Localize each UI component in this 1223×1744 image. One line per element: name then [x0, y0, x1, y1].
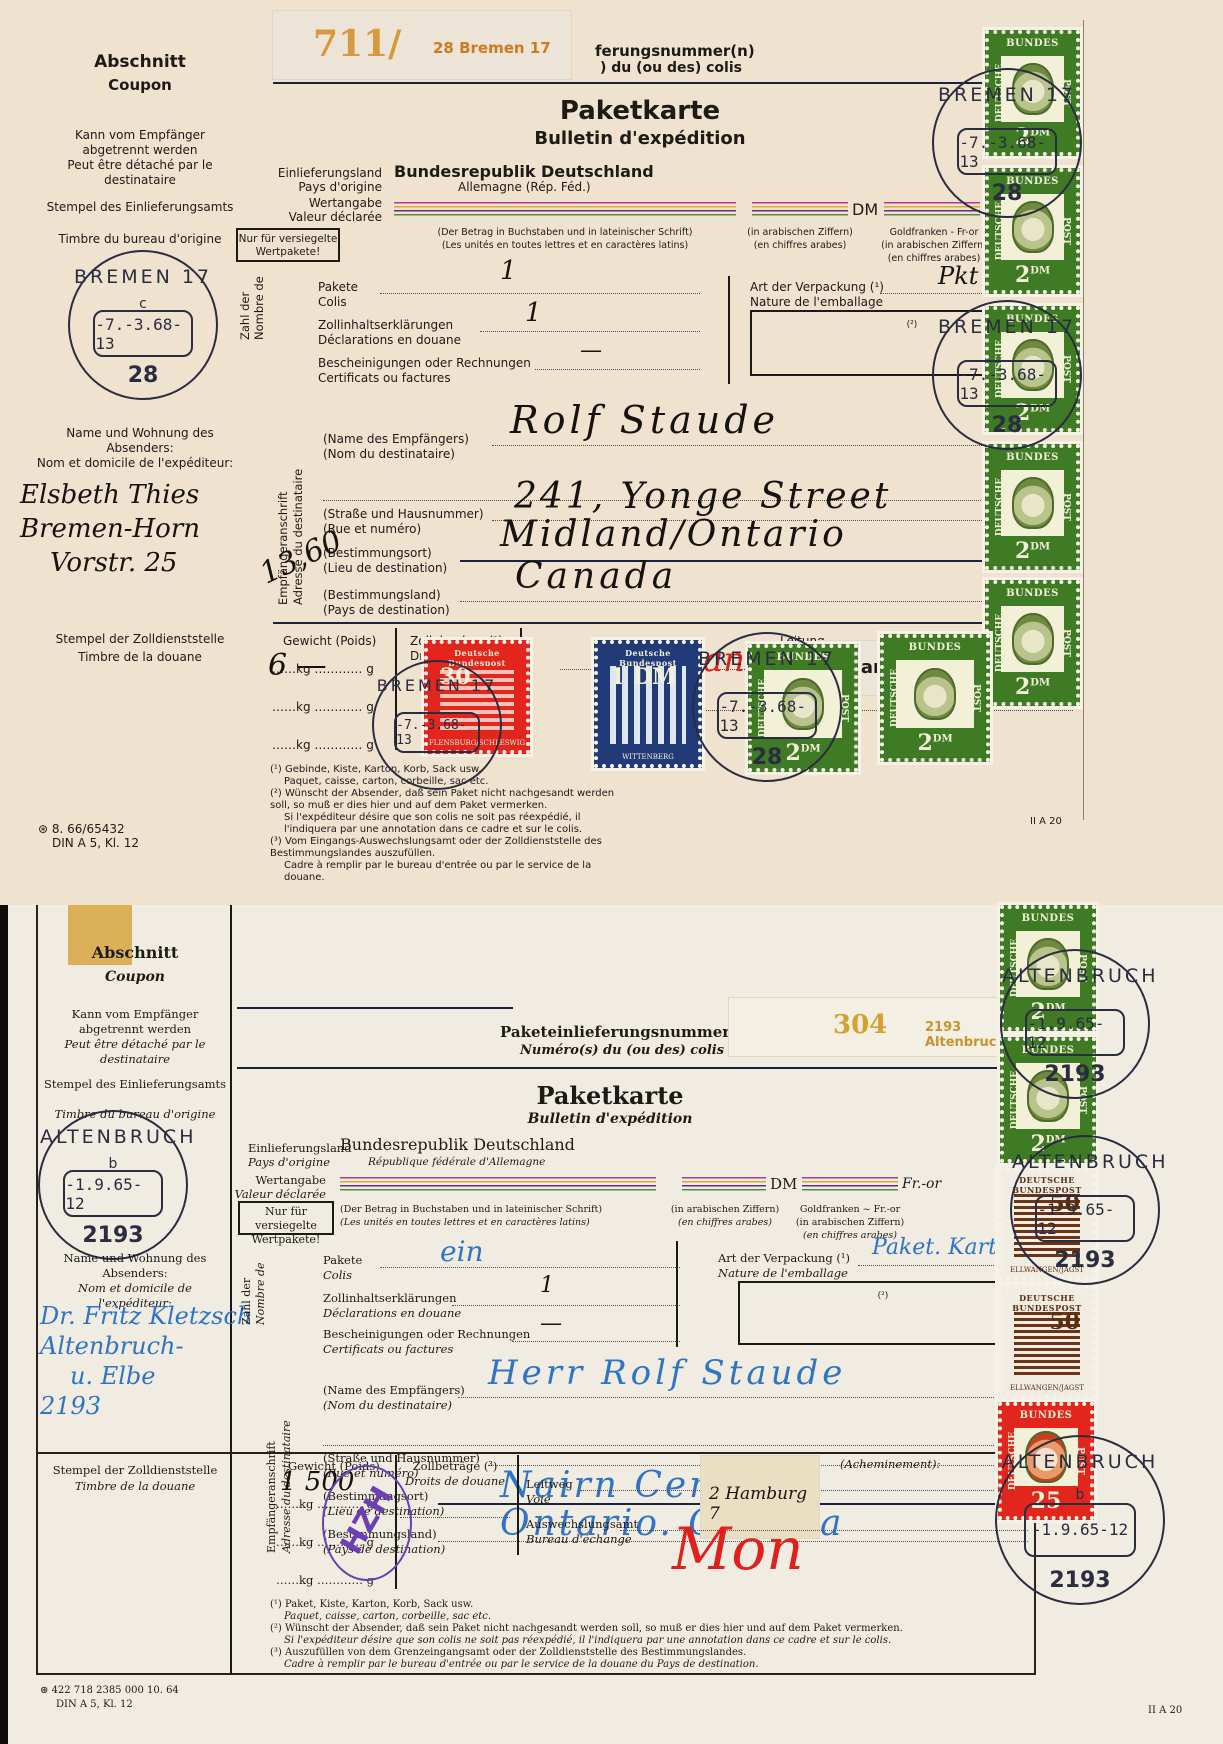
currency-dm: DM — [852, 202, 878, 217]
origin-stamp-label-fr: Timbre du bureau d'origine — [20, 232, 260, 247]
postmark-altenbruch: ALTENBRUCH b -1.9.65-12 2193 — [38, 1110, 188, 1260]
postmark-bremen-lower-2: BREMEN 17 -7.-3.68-13 28 — [692, 632, 842, 782]
counts-side-label: Zahl der Nombre de — [238, 276, 266, 340]
print-code: ⊛ 8. 66/65432 — [38, 822, 125, 837]
packaging-value: Pkt — [938, 262, 978, 290]
sender-label-de: Name und Wohnung des Absenders: — [40, 1251, 230, 1281]
packaging-label: Art der Verpackung (¹)Nature de l'emball… — [750, 280, 884, 310]
parcel-number-label: 711/ 28 Bremen 17 — [272, 10, 572, 80]
certs-field[interactable] — [535, 369, 700, 370]
value-gold-field[interactable] — [802, 1177, 898, 1191]
coupon-subtitle: Coupon — [40, 76, 240, 94]
divider — [237, 1067, 1037, 1069]
print-code: ⊛ 422 718 2385 000 10. 64 — [40, 1683, 179, 1698]
postmark-bremen-stamps: BREMEN 17 -7.-3.68-13 28 — [932, 68, 1082, 218]
header-number-de: Paketeinlieferungsnummer — [500, 1023, 730, 1041]
packages-field[interactable] — [380, 1267, 680, 1268]
origin-label-fr: Pays d'origine — [230, 180, 382, 195]
recipient-street-value: 241, Yonge Street — [514, 476, 891, 517]
postmark-altenbruch-stamps-2: ALTENBRUCH -1.9.65-12 2193 — [1010, 1135, 1160, 1285]
postage-stamp: BUNDESDEUTSCHEPOST2DM — [985, 444, 1080, 570]
recipient-country-value: Canada — [515, 556, 677, 597]
packaging-label: Art der Verpackung (¹)Nature de l'emball… — [718, 1251, 850, 1281]
parcel-card-1965: Abschnitt Coupon Kann vom Empfänger abge… — [0, 905, 1223, 1744]
certs-value: — — [580, 338, 602, 363]
postmark-altenbruch-stamps: ALTENBRUCH -1.9.65-12 2193 — [1000, 949, 1150, 1099]
form-subtitle: Bulletin d'expédition — [460, 128, 820, 149]
origin-label-de: Einlieferungsland — [230, 166, 382, 181]
postmark-bremen: BREMEN 17 c -7.-3.68-13 28 — [68, 250, 218, 400]
no-forward-box: (²) — [738, 1281, 1028, 1345]
perforation — [1083, 20, 1084, 820]
postage-stamp: BUNDESDEUTSCHEPOST2DM — [985, 580, 1080, 706]
value-digits-hint: (in arabischen Ziffern) (en chiffres ara… — [740, 226, 860, 252]
recipient-country-label: (Bestimmungsland)(Pays de destination) — [323, 588, 450, 618]
value-words-hint: (Der Betrag in Buchstaben und in lateini… — [340, 1203, 670, 1229]
parcel-number-label: 304 2193 Altenbruch — [728, 997, 1038, 1057]
coupon-subtitle: Coupon — [40, 969, 230, 985]
postage-stamp: DEUTSCHE BUNDESPOSTELLWANGEN/JAGST50 — [998, 1285, 1096, 1399]
parcel-number: 711/ — [313, 23, 401, 65]
divider — [728, 276, 730, 384]
recipient-name-label: (Name des Empfängers)(Nom du destinatair… — [323, 432, 469, 462]
currency-fr-or: Fr.-or — [902, 1177, 941, 1192]
origin-stamp-label-de: Stempel des Einlieferungsamts — [40, 200, 240, 215]
exchange-label: AuswechslungsamtBureau d'échange — [526, 1517, 638, 1547]
customs-decl-value: 1 — [540, 1273, 554, 1298]
header-number-fr: ) du (ou des) colis — [600, 60, 742, 76]
weight-row-3[interactable]: ……kg ………… g — [272, 738, 390, 753]
sealed-note-box: Nur für versiegelte Wertpakete! — [238, 1201, 334, 1235]
form-title: Paketkarte — [460, 96, 820, 126]
coupon-title: Abschnitt — [40, 52, 240, 72]
packages-label: PaketeColis — [323, 1253, 362, 1283]
packages-value: ein — [440, 1235, 484, 1268]
certs-field[interactable] — [512, 1341, 680, 1342]
customs-decl-value: 1 — [525, 298, 542, 328]
origin-value: Bundesrepublik Deutschland — [394, 162, 654, 181]
customs-decl-field[interactable] — [452, 1305, 680, 1306]
customs-stamp-label-fr: Timbre de la douane — [40, 1479, 230, 1494]
customs-stamp-label-de: Stempel der Zolldienststelle — [20, 632, 260, 647]
postmark-bremen-stamps-2: BREMEN 17 -7.-3.68-13 28 — [932, 300, 1082, 450]
recipient-name-value: Rolf Staude — [510, 398, 779, 442]
header-number-fr: Numéro(s) du (ou des) colis — [520, 1043, 724, 1058]
customs-decl-label: ZollinhaltserklärungenDéclarations en do… — [323, 1291, 461, 1321]
customs-decl-label: ZollinhaltserklärungenDéclarations en do… — [318, 318, 461, 348]
divider — [273, 622, 1083, 624]
value-digits-field[interactable] — [682, 1177, 766, 1191]
divider — [36, 1452, 1036, 1454]
certs-value: — — [540, 1311, 562, 1336]
sealed-note-box: Nur für versiegelte Wertpakete! — [236, 228, 340, 262]
recipient-extra-line[interactable] — [323, 1445, 1028, 1446]
origin-value-fr: République fédérale d'Allemagne — [368, 1155, 545, 1170]
customs-stamp: HZH — [322, 1465, 412, 1581]
form-title: Paketkarte — [430, 1081, 790, 1110]
value-words-field[interactable] — [340, 1177, 656, 1191]
divider — [517, 1455, 519, 1555]
detach-note-de: Kann vom Empfänger abgetrennt werden — [40, 128, 240, 158]
value-words-field[interactable] — [394, 202, 736, 216]
value-label-fr: Valeur déclarée — [230, 210, 382, 225]
footnotes: (¹) Paket, Kiste, Karton, Korb, Sack usw… — [270, 1599, 1030, 1671]
value-digits-field[interactable] — [752, 202, 848, 216]
postage-stamp: BUNDESDEUTSCHEPOST2DM — [880, 634, 990, 762]
value-gold-hint: Goldfranken - Fr-or (in arabischen Ziffe… — [872, 226, 996, 265]
value-label-fr: Valeur déclarée — [232, 1187, 326, 1202]
recipient-country-field[interactable] — [460, 601, 1072, 602]
postage-stamp: Deutsche BundespostWITTENBERG1 DM — [594, 640, 702, 768]
recipient-place-value: Midland/Ontario — [500, 514, 847, 555]
origin-label-de: Einlieferungsland — [248, 1141, 352, 1156]
detach-note-fr: Peut être détaché par le destinataire — [40, 158, 240, 188]
sender-label-fr: Nom et domicile de l'expéditeur: — [10, 456, 260, 471]
origin-value: Bundesrepublik Deutschland — [340, 1137, 575, 1152]
din-format: DIN A 5, Kl. 12 — [52, 836, 139, 851]
portrait-icon — [1012, 477, 1054, 529]
recipient-name-value: Herr Rolf Staude — [488, 1353, 846, 1393]
currency-dm: DM — [770, 1177, 797, 1192]
origin-value-fr: Allemagne (Rép. Féd.) — [458, 180, 591, 195]
recipient-name-label: (Name des Empfängers)(Nom du destinatair… — [323, 1383, 465, 1413]
duties-field[interactable] — [400, 1517, 510, 1518]
sender-label-de: Name und Wohnung des Absenders: — [40, 426, 240, 456]
packages-label: PaketeColis — [318, 280, 358, 310]
origin-label-fr: Pays d'origine — [248, 1155, 330, 1170]
coupon-divider — [230, 905, 232, 1675]
form-code: II A 20 — [1148, 1703, 1182, 1718]
portrait-icon — [914, 668, 956, 720]
form-code: II A 20 — [1030, 814, 1062, 829]
customs-stamp-label-de: Stempel der Zolldienststelle — [40, 1463, 230, 1478]
postmark-bremen-lower: BREMEN 17 -7.-3.68-13 — [372, 660, 502, 790]
packages-value: 1 — [500, 256, 517, 286]
parcel-card-1968: Abschnitt Coupon Kann vom Empfänger abge… — [0, 0, 1223, 905]
origin-stamp-label-de: Stempel des Einlieferungsamts — [40, 1077, 230, 1092]
route-signature: Mon — [672, 1515, 804, 1583]
header-number-de: ferungsnummer(n) — [595, 42, 755, 60]
detach-note-de: Kann vom Empfänger abgetrennt werden — [40, 1007, 230, 1037]
duties-label: Zollbeträge (³)Droits de douane — [400, 1459, 510, 1489]
value-label-de: Wertangabe — [232, 1173, 326, 1188]
postmark-altenbruch-lower: ALTENBRUCH b -1.9.65-12 2193 — [995, 1435, 1165, 1605]
value-words-hint: (Der Betrag in Buchstaben und in lateini… — [394, 226, 736, 252]
weight-row-1[interactable]: ……kg ………… g — [272, 662, 390, 677]
parcel-number: 304 — [833, 1010, 887, 1040]
route-label: LeitwegVoie — [526, 1477, 573, 1507]
sender-address: Dr. Fritz Kletzsch Altenbruch- u. Elbe 2… — [40, 1301, 252, 1421]
form-subtitle: Bulletin d'expédition — [430, 1111, 790, 1127]
din-format: DIN A 5, Kl. 12 — [56, 1697, 133, 1712]
customs-decl-field[interactable] — [480, 331, 700, 332]
scan-edge — [0, 905, 8, 1744]
portrait-icon — [1012, 613, 1054, 665]
divider — [237, 1007, 513, 1009]
certs-label: Bescheinigungen oder RechnungenCertifica… — [318, 356, 531, 386]
recipient-name-field[interactable] — [458, 1397, 1028, 1398]
routing-label: (Acheminement): — [840, 1457, 940, 1472]
recipient-street-label: (Straße und Hausnummer)(Rue et numéro) — [323, 507, 484, 537]
value-digits-hint: (in arabischen Ziffern) (en chiffres ara… — [670, 1203, 780, 1229]
sender-address: Elsbeth Thies Bremen-Horn Vorstr. 25 — [20, 478, 200, 580]
value-label-de: Wertangabe — [230, 196, 382, 211]
packages-field[interactable] — [380, 293, 700, 294]
parcel-office: 28 Bremen 17 — [433, 39, 551, 57]
counts-side-label: Zahl der Nombre de — [240, 1262, 268, 1325]
weight-label: Gewicht (Poids) — [283, 634, 376, 649]
customs-stamp-label-fr: Timbre de la douane — [20, 650, 260, 665]
detach-note-fr: Peut être détaché par le destinataire — [40, 1037, 230, 1067]
coupon-title: Abschnitt — [40, 943, 230, 962]
divider — [676, 1241, 678, 1347]
